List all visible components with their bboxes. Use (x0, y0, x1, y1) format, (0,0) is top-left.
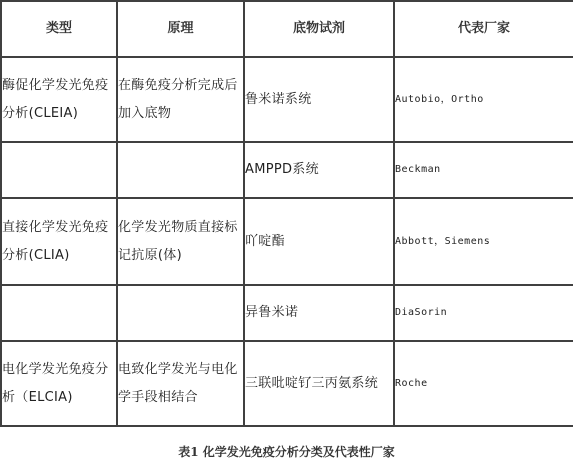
principle-text: 在酶免疫分析完成后加入底物 (118, 72, 243, 128)
cell-manufacturer: Autobio，Ortho (394, 57, 573, 142)
substrate-text: 异鲁米诺 (245, 299, 393, 327)
cell-principle: 化学发光物质直接标记抗原(体) (117, 198, 244, 285)
table-caption: 表1 化学发光免疫分析分类及代表性厂家 (0, 443, 573, 460)
cell-manufacturer: DiaSorin (394, 285, 573, 341)
cell-principle: 在酶免疫分析完成后加入底物 (117, 57, 244, 142)
cell-type (1, 285, 117, 341)
cell-substrate: 异鲁米诺 (244, 285, 394, 341)
header-row: 类型 原理 底物试剂 代表厂家 (1, 1, 573, 57)
manufacturer-text: Beckman (395, 156, 573, 184)
cell-substrate: 吖啶酯 (244, 198, 394, 285)
substrate-text: 三联吡啶钌三丙氨系统 (245, 370, 393, 398)
header-type: 类型 (1, 1, 117, 57)
cell-substrate: AMPPD系统 (244, 142, 394, 198)
cell-type: 酶促化学发光免疫分析(CLEIA) (1, 57, 117, 142)
header-substrate: 底物试剂 (244, 1, 394, 57)
cell-manufacturer: Abbott，Siemens (394, 198, 573, 285)
type-text: 直接化学发光免疫分析(CLIA) (2, 214, 116, 270)
cell-type: 电化学发光免疫分析（ELCIA) (1, 341, 117, 426)
header-manufacturer: 代表厂家 (394, 1, 573, 57)
substrate-text: AMPPD系统 (245, 156, 393, 184)
cell-type (1, 142, 117, 198)
manufacturer-text: DiaSorin (395, 299, 573, 327)
type-text: 酶促化学发光免疫分析(CLEIA) (2, 72, 116, 128)
chemiluminescence-classification-table: 类型 原理 底物试剂 代表厂家 酶促化学发光免疫分析(CLEIA) 在酶免疫分析… (0, 0, 573, 427)
cell-manufacturer: Roche (394, 341, 573, 426)
cell-principle (117, 285, 244, 341)
cell-manufacturer: Beckman (394, 142, 573, 198)
manufacturer-text: Roche (395, 370, 573, 398)
type-text: 电化学发光免疫分析（ELCIA) (2, 356, 116, 412)
manufacturer-text: Abbott，Siemens (395, 228, 573, 256)
table-row: 直接化学发光免疫分析(CLIA) 化学发光物质直接标记抗原(体) 吖啶酯 Abb… (1, 198, 573, 285)
header-principle: 原理 (117, 1, 244, 57)
substrate-text: 吖啶酯 (245, 228, 393, 256)
table-row: 电化学发光免疫分析（ELCIA) 电致化学发光与电化学手段相结合 三联吡啶钌三丙… (1, 341, 573, 426)
principle-text: 电致化学发光与电化学手段相结合 (118, 356, 243, 412)
cell-type: 直接化学发光免疫分析(CLIA) (1, 198, 117, 285)
cell-principle (117, 142, 244, 198)
cell-substrate: 三联吡啶钌三丙氨系统 (244, 341, 394, 426)
table-row: AMPPD系统 Beckman (1, 142, 573, 198)
table-row: 异鲁米诺 DiaSorin (1, 285, 573, 341)
cell-substrate: 鲁米诺系统 (244, 57, 394, 142)
manufacturer-text: Autobio，Ortho (395, 86, 573, 114)
cell-principle: 电致化学发光与电化学手段相结合 (117, 341, 244, 426)
substrate-text: 鲁米诺系统 (245, 86, 393, 114)
table-row: 酶促化学发光免疫分析(CLEIA) 在酶免疫分析完成后加入底物 鲁米诺系统 Au… (1, 57, 573, 142)
principle-text: 化学发光物质直接标记抗原(体) (118, 214, 243, 270)
